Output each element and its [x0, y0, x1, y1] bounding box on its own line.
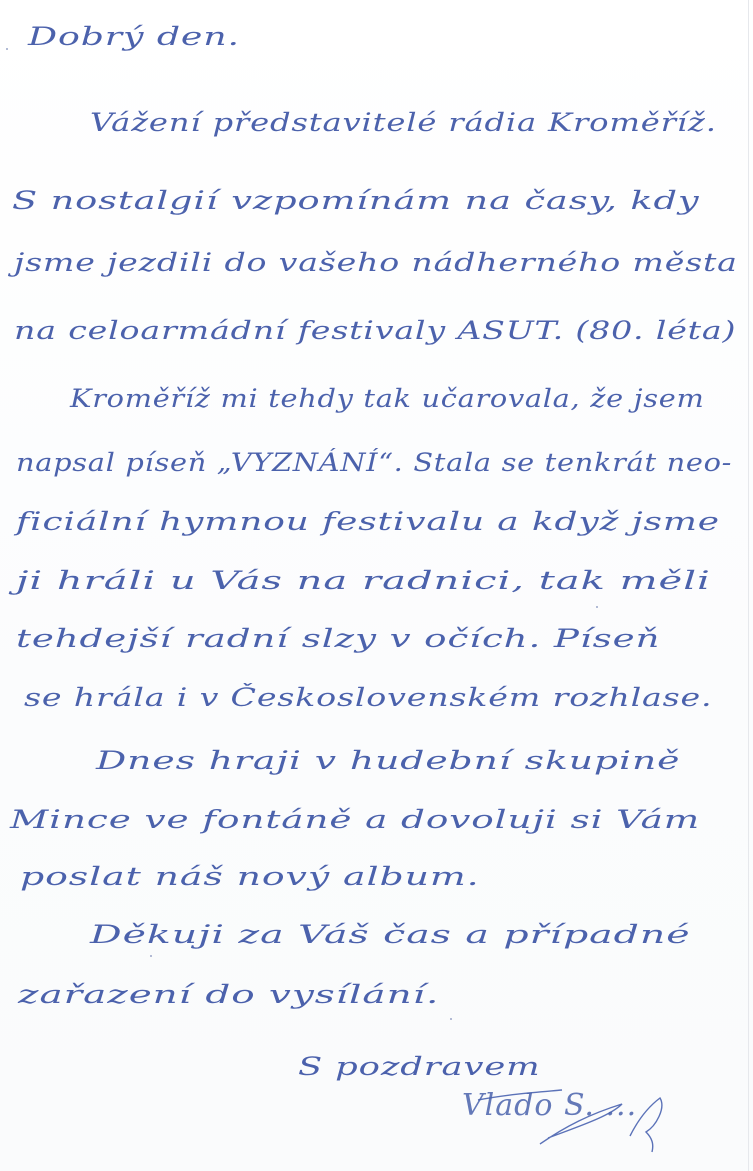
letter-greeting: Dobrý den. — [28, 22, 240, 51]
letter-line: Kroměříž mi tehdy tak učarovala, že jsem — [70, 384, 705, 413]
letter-line: Děkuji za Váš čas a případné — [90, 920, 691, 949]
letter-line: S nostalgií vzpomínám na časy, kdy — [12, 186, 700, 215]
letter-line: tehdejší radní slzy v očích. Píseň — [16, 624, 660, 653]
letter-line: se hrála i v Československém rozhlase. — [24, 683, 712, 712]
letter-page: Dobrý den. Vážení představitelé rádia Kr… — [0, 0, 753, 1171]
letter-line: jsme jezdili do vašeho nádherného města — [14, 248, 738, 277]
letter-line: napsal píseň „VYZNÁNÍ“. Stala se tenkrát… — [16, 448, 732, 477]
paper-speck — [150, 955, 152, 957]
letter-line: ficiální hymnou festivalu a když jsme — [16, 507, 720, 536]
letter-line: zařazení do vysílání. — [18, 980, 439, 1009]
letter-line: Vážení představitelé rádia Kroměříž. — [90, 108, 717, 137]
letter-line: ji hráli u Vás na radnici, tak měli — [16, 566, 711, 595]
signature: Vlado S. ... — [462, 1088, 637, 1123]
letter-line: Mince ve fontáně a dovoluji si Vám — [10, 805, 700, 834]
paper-edge — [748, 0, 749, 1171]
letter-line: na celoarmádní festivaly ASUT. (80. léta… — [14, 316, 736, 345]
letter-closing: S pozdravem — [298, 1052, 541, 1081]
letter-line: Dnes hraji v hudební skupině — [96, 746, 680, 775]
letter-line: poslat náš nový album. — [20, 862, 480, 891]
paper-speck — [596, 606, 598, 608]
paper-speck — [450, 1018, 452, 1020]
paper-speck — [6, 48, 8, 50]
